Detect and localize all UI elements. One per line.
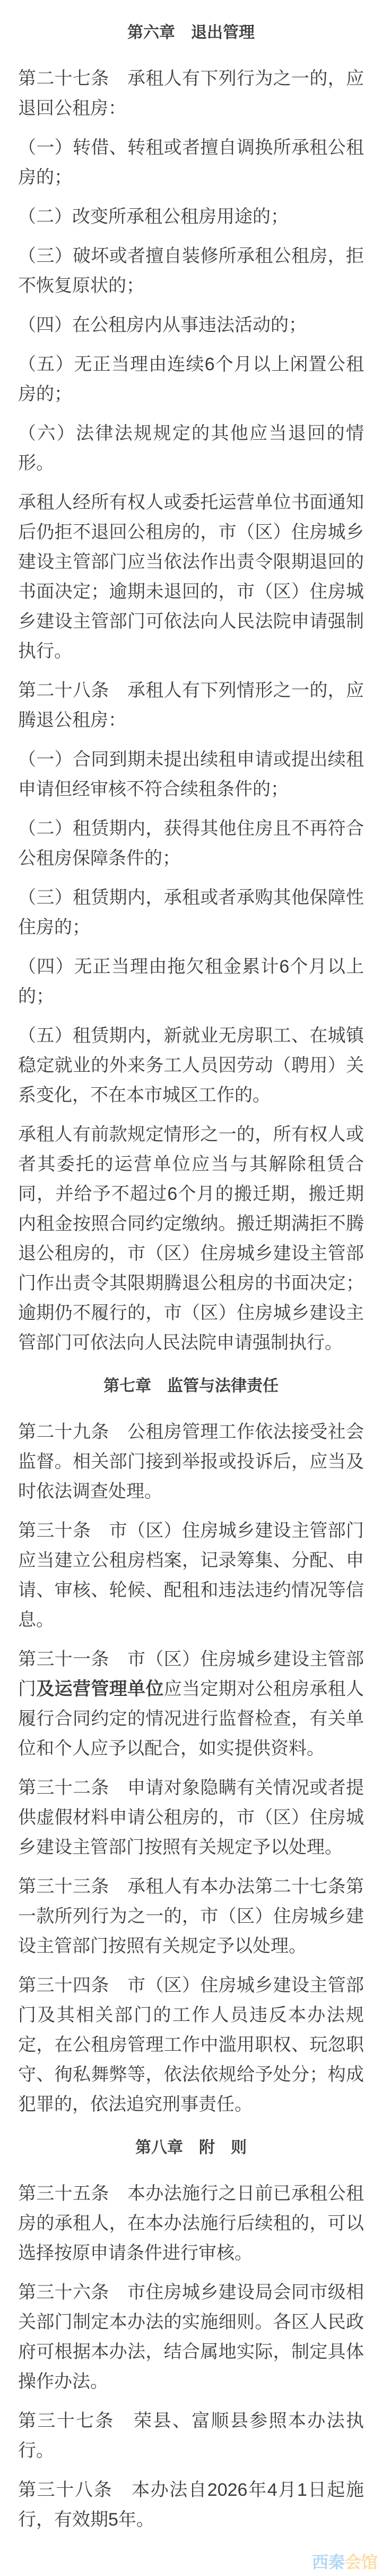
- article-paragraph: （一）转借、转租或者擅自调换所承租公租房的；: [18, 133, 364, 192]
- article-paragraph: （三）破坏或者擅自装修所承租公租房，拒不恢复原状的；: [18, 241, 364, 301]
- paragraph-text: 承租人有前款规定情形之一的，所有权人或者其委托的运营单位应当与其解除租赁合同，并…: [18, 1124, 364, 1353]
- article-paragraph: （五）租赁期内，新就业无房职工、在城镇稳定就业的外来务工人员因劳动（聘用）关系变…: [18, 1021, 364, 1110]
- paragraph-text: （二）租赁期内，获得其他住房且不再符合公租房保障条件的；: [18, 818, 364, 868]
- article-page: 第六章 退出管理第二十七条 承租人有下列行为之一的，应退回公租房：（一）转借、转…: [0, 0, 382, 2576]
- article-paragraph: 第三十四条 市（区）住房城乡建设主管部门及其相关部门的工作人员违反本办法规定，在…: [18, 1971, 364, 2119]
- article-paragraph: 第二十七条 承租人有下列行为之一的，应退回公租房：: [18, 64, 364, 123]
- article-paragraph: 第三十二条 申请对象隐瞒有关情况或者提供虚假材料申请公租房的，市（区）住房城乡建…: [18, 1773, 364, 1862]
- article-paragraph: 第三十条 市（区）住房城乡建设主管部门应当建立公租房档案，记录筹集、分配、申请、…: [18, 1516, 364, 1635]
- paragraph-text: 第二十八条 承租人有下列情形之一的，应腾退公租房：: [18, 680, 364, 730]
- article-paragraph: 承租人有前款规定情形之一的，所有权人或者其委托的运营单位应当与其解除租赁合同，并…: [18, 1120, 364, 1358]
- paragraph-text: 第二十七条 承租人有下列行为之一的，应退回公租房：: [18, 69, 364, 118]
- article-paragraph: （五）无正当理由连续6个月以上闲置公租房的；: [18, 349, 364, 409]
- article-paragraph: 第二十八条 承租人有下列情形之一的，应腾退公租房：: [18, 676, 364, 735]
- site-watermark: 西秦会馆: [312, 2549, 378, 2573]
- article-paragraph: （六）法律法规规定的其他应当退回的情形。: [18, 419, 364, 478]
- chapter-heading: 第七章 监管与法律责任: [18, 1377, 364, 1396]
- article-paragraph: （四）无正当理由拖欠租金累计6个月以上的；: [18, 952, 364, 1011]
- article-paragraph: （三）租赁期内，承租或者承购其他保障性住房的；: [18, 883, 364, 942]
- article-paragraph: 第三十五条 本办法施行之日前已承租公租房的承租人，在本办法施行后续租的，可以选择…: [18, 2179, 364, 2268]
- paragraph-text: 第三十条 市（区）住房城乡建设主管部门应当建立公租房档案，记录筹集、分配、申请、…: [18, 1521, 364, 1630]
- bold-emphasis-text: 及运营管理单位: [36, 1679, 163, 1699]
- chapter-heading: 第六章 退出管理: [18, 23, 364, 42]
- article-paragraph: 第三十八条 本办法自2026年4月1日起施行，有效期5年。: [18, 2475, 364, 2535]
- paragraph-text: （四）在公租房内从事违法活动的；: [18, 315, 307, 335]
- paragraph-text: （五）租赁期内，新就业无房职工、在城镇稳定就业的外来务工人员因劳动（聘用）关系变…: [18, 1026, 364, 1105]
- article-paragraph: （四）在公租房内从事违法活动的；: [18, 310, 364, 340]
- paragraph-text: （三）破坏或者擅自装修所承租公租房，拒不恢复原状的；: [18, 246, 364, 296]
- paragraph-text: 第三十六条 市住房城乡建设局会同市级相关部门制定本办法的实施细则。各区人民政府可…: [18, 2282, 364, 2392]
- article-paragraph: 第三十三条 承租人有本办法第二十七条第一款所列行为之一的，市（区）住房城乡建设主…: [18, 1872, 364, 1961]
- watermark-text-blue: 西秦: [312, 2553, 345, 2572]
- paragraph-text: （二）改变所承租公租房用途的；: [18, 207, 289, 227]
- article-paragraph: 承租人经所有权人或委托运营单位书面通知后仍拒不退回公租房的，市（区）住房城乡建设…: [18, 488, 364, 666]
- paragraph-text: 第三十八条 本办法自2026年4月1日起施行，有效期5年。: [18, 2480, 364, 2530]
- paragraph-text: 第三十二条 申请对象隐瞒有关情况或者提供虚假材料申请公租房的，市（区）住房城乡建…: [18, 1778, 364, 1857]
- article-paragraph: 第三十一条 市（区）住房城乡建设主管部门及运营管理单位应当定期对公租房承租人履行…: [18, 1644, 364, 1763]
- article-paragraph: （一）合同到期未提出续租申请或提出续租申请但经审核不符合续租条件的；: [18, 745, 364, 804]
- article-paragraph: 第二十九条 公租房管理工作依法接受社会监督。相关部门接到举报或投诉后，应当及时依…: [18, 1417, 364, 1506]
- paragraph-text: 第三十五条 本办法施行之日前已承租公租房的承租人，在本办法施行后续租的，可以选择…: [18, 2183, 364, 2263]
- paragraph-text: 第三十七条 荣县、富顺县参照本办法执行。: [18, 2411, 364, 2461]
- paragraph-text: （五）无正当理由连续6个月以上闲置公租房的；: [18, 354, 364, 404]
- paragraph-text: （一）合同到期未提出续租申请或提出续租申请但经审核不符合续租条件的；: [18, 749, 364, 799]
- paragraph-text: 第三十四条 市（区）住房城乡建设主管部门及其相关部门的工作人员违反本办法规定，在…: [18, 1975, 364, 2114]
- paragraph-text: （一）转借、转租或者擅自调换所承租公租房的；: [18, 138, 364, 187]
- article-body: 第六章 退出管理第二十七条 承租人有下列行为之一的，应退回公租房：（一）转借、转…: [18, 23, 364, 2535]
- paragraph-text: （四）无正当理由拖欠租金累计6个月以上的；: [18, 957, 364, 1006]
- paragraph-text: 承租人经所有权人或委托运营单位书面通知后仍拒不退回公租房的，市（区）住房城乡建设…: [18, 492, 364, 661]
- paragraph-text: 第三十三条 承租人有本办法第二十七条第一款所列行为之一的，市（区）住房城乡建设主…: [18, 1876, 364, 1956]
- article-paragraph: （二）租赁期内，获得其他住房且不再符合公租房保障条件的；: [18, 814, 364, 873]
- paragraph-text: （三）租赁期内，承租或者承购其他保障性住房的；: [18, 888, 364, 937]
- watermark-text-orange: 会馆: [345, 2553, 378, 2572]
- chapter-heading: 第八章 附 则: [18, 2138, 364, 2157]
- paragraph-text: （六）法律法规规定的其他应当退回的情形。: [18, 423, 364, 473]
- article-paragraph: （二）改变所承租公租房用途的；: [18, 202, 364, 232]
- article-paragraph: 第三十七条 荣县、富顺县参照本办法执行。: [18, 2406, 364, 2466]
- article-paragraph: 第三十六条 市住房城乡建设局会同市级相关部门制定本办法的实施细则。各区人民政府可…: [18, 2278, 364, 2396]
- paragraph-text: 第二十九条 公租房管理工作依法接受社会监督。相关部门接到举报或投诉后，应当及时依…: [18, 1422, 364, 1502]
